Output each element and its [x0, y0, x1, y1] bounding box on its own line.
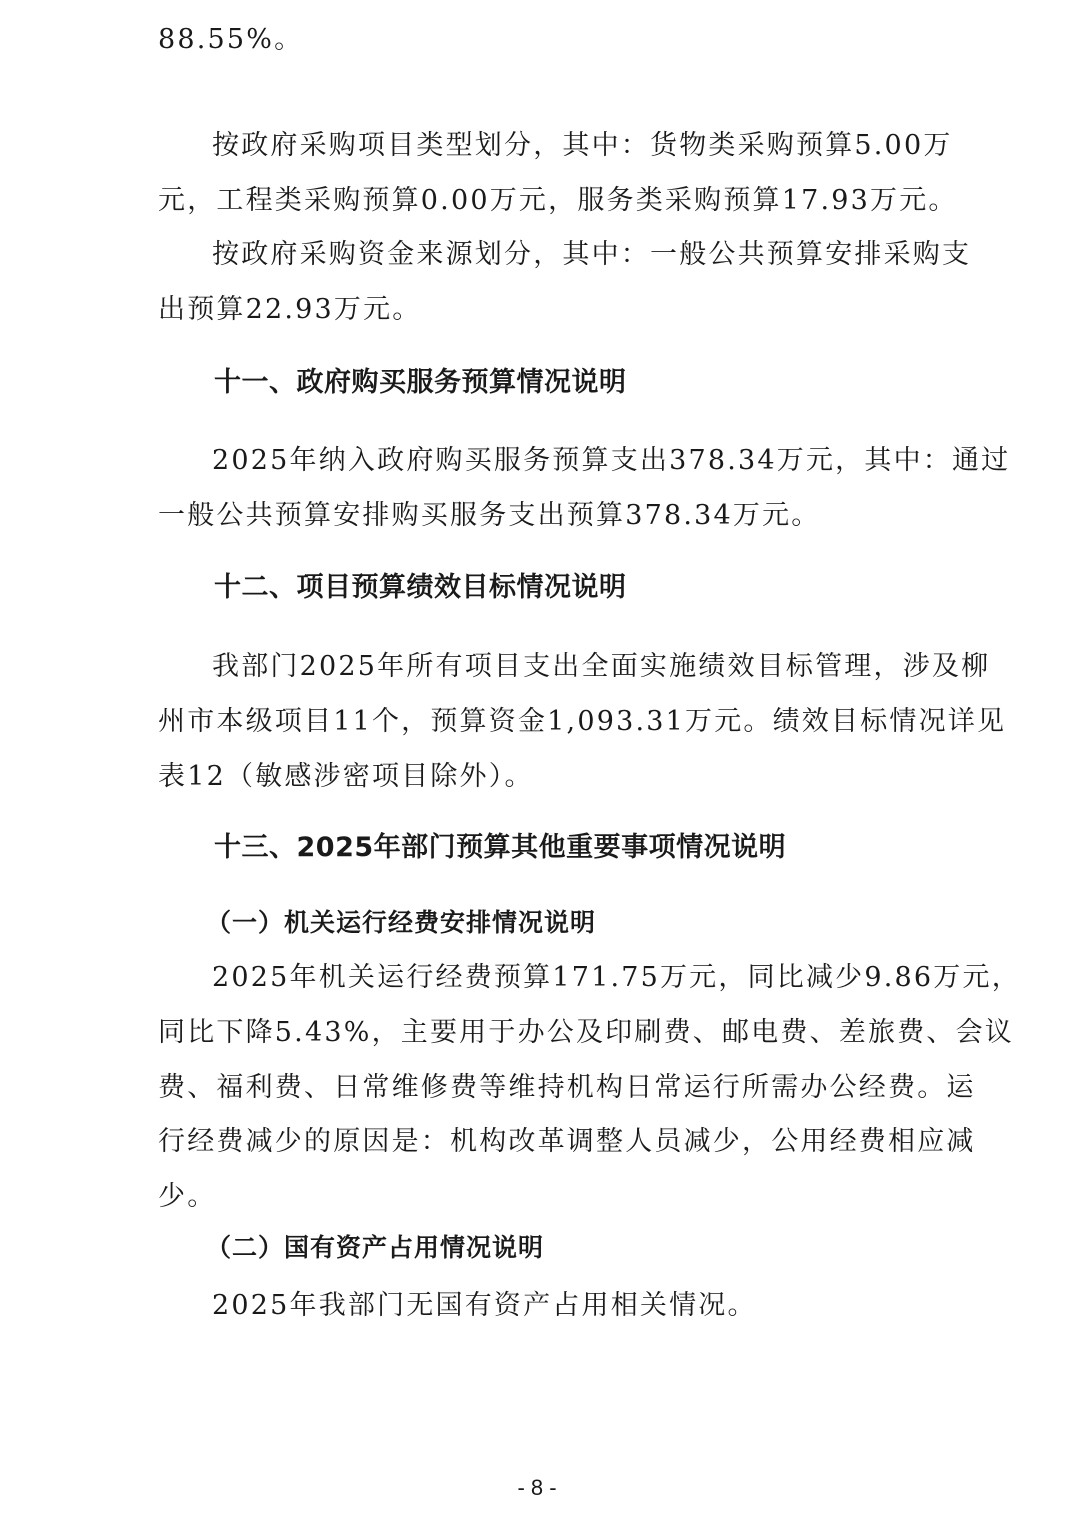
- paragraph-line: 88.55%。: [158, 20, 303, 60]
- paragraph-line: 州市本级项目11个，预算资金1,093.31万元。绩效目标情况详见: [158, 702, 1006, 742]
- section-heading-12: 十二、项目预算绩效目标情况说明: [214, 568, 627, 608]
- paragraph-line: 元，工程类采购预算0.00万元，服务类采购预算17.93万元。: [158, 181, 958, 221]
- paragraph-line: 同比下降5.43%，主要用于办公及印刷费、邮电费、差旅费、会议: [158, 1013, 1014, 1053]
- subsection-heading-2: （二）国有资产占用情况说明: [206, 1228, 544, 1268]
- page-number: - 8 -: [0, 1475, 1074, 1501]
- paragraph-line: 少。: [158, 1177, 216, 1217]
- paragraph-line: 行经费减少的原因是：机构改革调整人员减少，公用经费相应减: [158, 1122, 976, 1162]
- paragraph-line: 2025年我部门无国有资产占用相关情况。: [212, 1286, 757, 1326]
- section-heading-13: 十三、2025年部门预算其他重要事项情况说明: [214, 828, 786, 868]
- section-heading-11: 十一、政府购买服务预算情况说明: [214, 363, 627, 403]
- subsection-heading-1: （一）机关运行经费安排情况说明: [206, 903, 596, 943]
- paragraph-line: 我部门2025年所有项目支出全面实施绩效目标管理，涉及柳: [212, 647, 990, 687]
- paragraph-line: 2025年机关运行经费预算171.75万元，同比减少9.86万元，: [212, 958, 1021, 998]
- paragraph-line: 按政府采购项目类型划分，其中：货物类采购预算5.00万: [212, 126, 953, 166]
- paragraph-line: 出预算22.93万元。: [158, 290, 422, 330]
- paragraph-line: 一般公共预算安排购买服务支出预算378.34万元。: [158, 496, 820, 536]
- paragraph-line: 表12（敏感涉密项目除外）。: [158, 757, 534, 797]
- paragraph-line: 按政府采购资金来源划分，其中：一般公共预算安排采购支: [212, 235, 971, 275]
- paragraph-line: 2025年纳入政府购买服务预算支出378.34万元，其中：通过: [212, 441, 1010, 481]
- paragraph-line: 费、福利费、日常维修费等维持机构日常运行所需办公经费。运: [158, 1068, 976, 1108]
